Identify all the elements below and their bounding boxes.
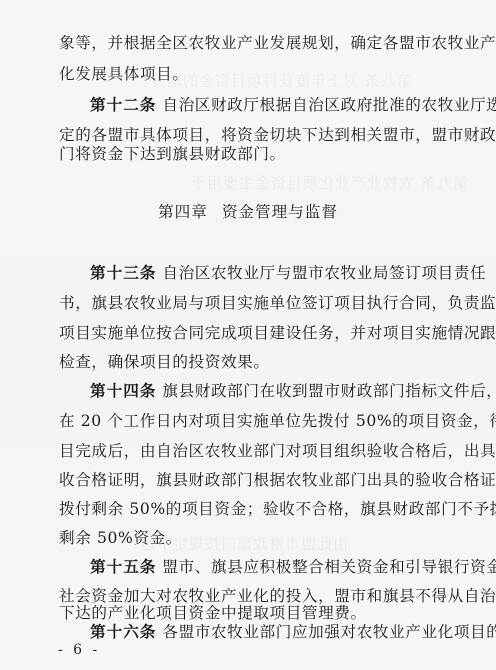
article-text: 自治区财政厅根据自治区政府批准的农牧业厅选 xyxy=(162,96,496,114)
article-text: 自治区农牧业厅与盟市农牧业局签订项目责任 xyxy=(162,264,486,282)
chapter-heading: 第四章资金管理与监督 xyxy=(0,202,496,222)
article-text: 旗县财政部门在收到盟市财政部门指标文件后， xyxy=(162,382,496,400)
article-label: 第十四条 xyxy=(90,382,156,400)
article-label: 第十三条 xyxy=(90,264,156,282)
article-12-first-line: 第十二条自治区财政厅根据自治区政府批准的农牧业厅选 xyxy=(90,95,479,115)
text-line: 拨付剩余 50%的项目资金；验收不合格，旗县财政部门不予拨付 xyxy=(59,499,479,519)
text-line: 定的各盟市具体项目，将资金切块下达到相关盟市，盟市财政部 xyxy=(59,125,479,145)
article-text: 各盟市农牧业部门应加强对农牧业产业化项目的 xyxy=(162,623,496,641)
text-line: 门将资金下达到旗县财政部门。 xyxy=(59,144,479,164)
article-16-first-line: 第十六条各盟市农牧业部门应加强对农牧业产业化项目的 xyxy=(90,622,479,642)
bleed-through-text: 第九条 农牧业产业化项目资金主要用于 xyxy=(190,172,468,193)
article-13-first-line: 第十三条自治区农牧业厅与盟市农牧业局签订项目责任 xyxy=(90,263,479,283)
text-line: 下达的产业化项目资金中提取项目管理费。 xyxy=(59,603,479,623)
text-line: 剩余 50%资金。 xyxy=(59,528,479,548)
chapter-title: 资金管理与监督 xyxy=(222,203,338,221)
chapter-number: 第四章 xyxy=(158,203,208,221)
article-label: 第十五条 xyxy=(90,558,156,576)
article-14-first-line: 第十四条旗县财政部门在收到盟市财政部门指标文件后， xyxy=(90,381,479,401)
text-line: 项目实施单位按合同完成项目建设任务，并对项目实施情况跟踪 xyxy=(59,323,479,343)
article-15-first-line: 第十五条盟市、旗县应积极整合相关资金和引导银行资金、 xyxy=(90,557,479,577)
text-line: 化发展具体项目。 xyxy=(59,64,479,84)
page-number: - 6 - xyxy=(58,642,100,658)
article-text: 盟市、旗县应积极整合相关资金和引导银行资金、 xyxy=(162,558,496,576)
text-line: 书，旗县农牧业局与项目实施单位签订项目执行合同，负责监督 xyxy=(59,293,479,313)
document-page: 第八条 对上年度获得项目资金的地方 第九条 农牧业产业化项目资金主要用于 由此盟… xyxy=(0,0,496,670)
text-line: 象等，并根据全区农牧业产业发展规划，确定各盟市农牧业产业 xyxy=(59,33,479,53)
text-line: 目完成后，由自治区农牧业部门对项目组织验收合格后，出具验 xyxy=(59,441,479,461)
article-label: 第十二条 xyxy=(90,96,156,114)
text-line: 检查，确保项目的投资效果。 xyxy=(59,352,479,372)
text-line: 收合格证明，旗县财政部门根据农牧业部门出具的验收合格证明 xyxy=(59,470,479,490)
article-label: 第十六条 xyxy=(90,623,156,641)
text-line: 在 20 个工作日内对项目实施单位先拨付 50%的项目资金，待项 xyxy=(59,411,479,431)
